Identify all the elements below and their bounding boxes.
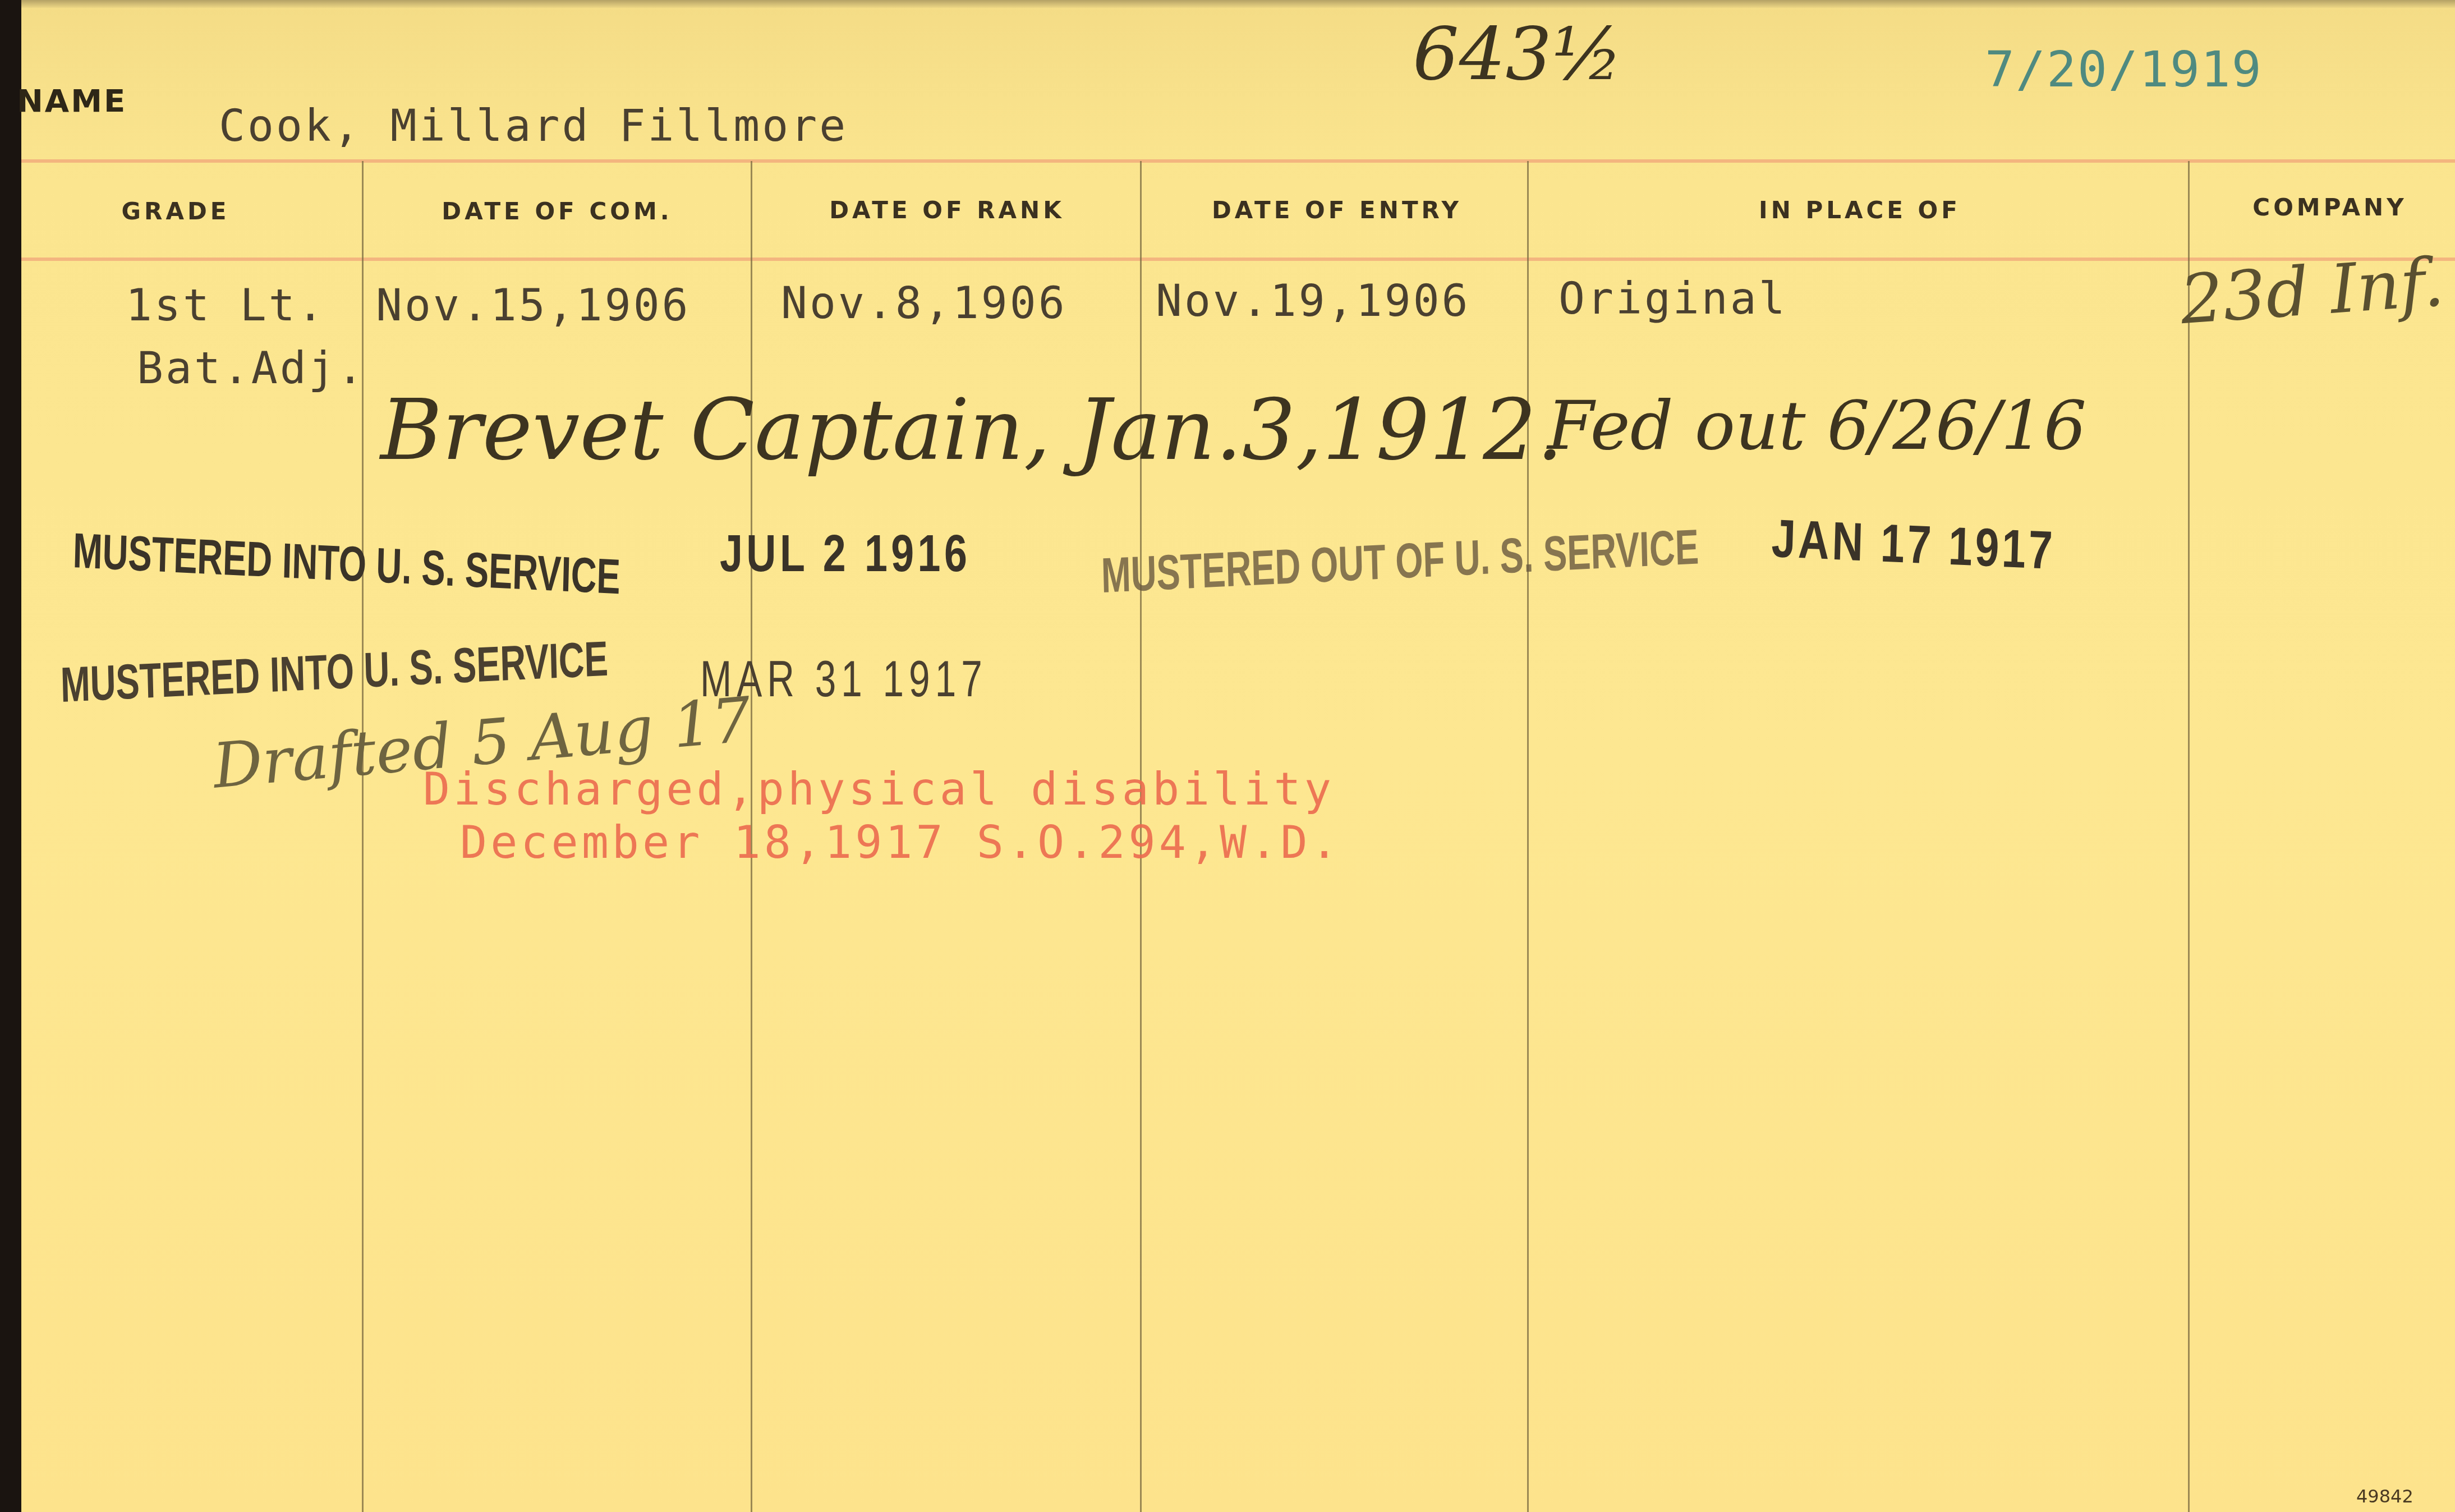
serial-number: 49842	[2356, 1486, 2413, 1507]
column-header-date-of-rank: DATE OF RANK	[829, 196, 1065, 224]
column-divider	[1527, 161, 1529, 1512]
date-of-entry-value: Nov.19,1906	[1156, 276, 1470, 327]
brevet-annotation: Brevet Captain, Jan.3,1912.	[380, 382, 1563, 479]
mustered-in-stamp-1: MUSTERED INTO U. S. SERVICE	[72, 522, 621, 605]
in-place-of-value: Original	[1558, 274, 1787, 324]
file-number-handwritten: 643½	[1413, 11, 1622, 96]
discharge-line-2: December 18,1917 S.O.294,W.D.	[460, 816, 1341, 868]
column-header-in-place-of: IN PLACE OF	[1759, 196, 1961, 224]
date-of-com-value: Nov.15,1906	[376, 281, 691, 331]
mustered-in-stamp-2: MUSTERED INTO U. S. SERVICE	[60, 630, 609, 714]
mustered-out-stamp: MUSTERED OUT OF U. S. SERVICE	[1101, 518, 1699, 604]
mustered-out-stamp-date: JAN 17 1917	[1771, 508, 2056, 582]
mustered-in-stamp-1-date: JUL 2 1916	[720, 525, 971, 583]
grade-value: 1st Lt.	[126, 281, 326, 331]
column-header-date-of-entry: DATE OF ENTRY	[1212, 196, 1462, 224]
column-divider	[2188, 161, 2190, 1512]
header-bottom-rule	[21, 258, 2455, 261]
grade-value-line2: Bat.Adj.	[137, 343, 366, 394]
date-of-rank-value: Nov.8,1906	[781, 278, 1067, 329]
card-top-edge	[21, 0, 2455, 8]
column-header-company: COMPANY	[2252, 194, 2407, 221]
name-label: NAME	[17, 83, 127, 120]
date-stamp: 7/20/1919	[1985, 40, 2263, 98]
fed-out-annotation: Fed out 6/26/16	[1547, 387, 2086, 465]
header-top-rule	[21, 159, 2455, 163]
column-header-grade: GRADE	[122, 197, 230, 225]
name-value: Cook, Millard Fillmore	[219, 101, 848, 151]
discharge-line-1: Discharged,physical disability	[423, 763, 1335, 815]
service-record-card: 643½ 7/20/1919 NAME Cook, Millard Fillmo…	[21, 0, 2455, 1512]
column-header-date-of-com: DATE OF COM.	[442, 197, 672, 225]
